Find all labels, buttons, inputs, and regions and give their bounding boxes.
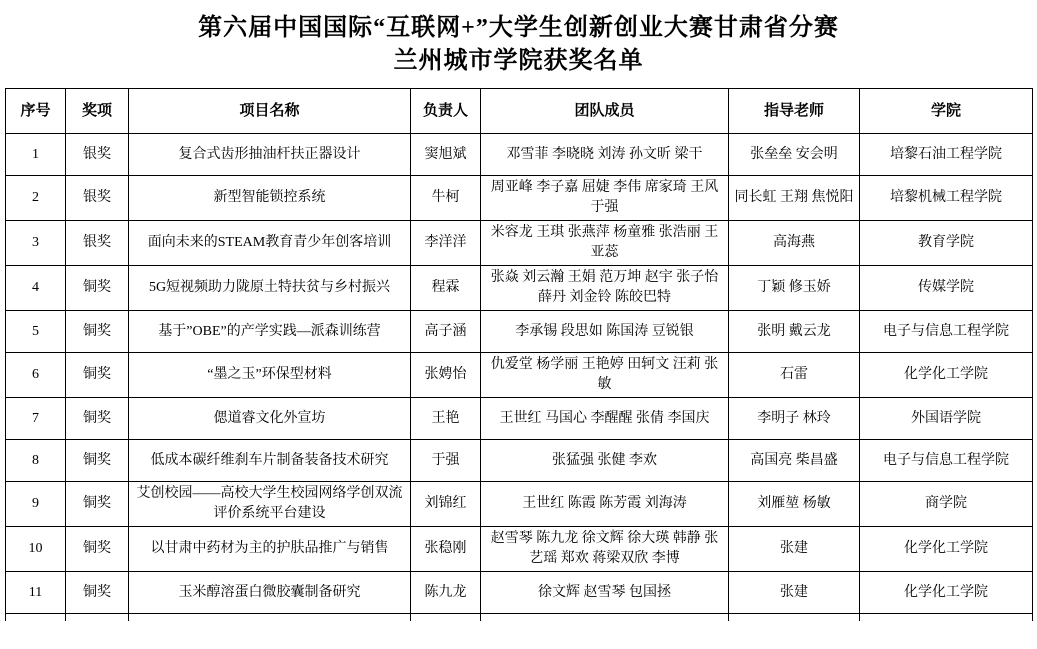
cell-team: 张焱 刘云瀚 王娟 范万坤 赵宇 张子怡 薛丹 刘金铃 陈皎巴特 bbox=[481, 266, 729, 311]
table-row: 5铜奖基于”OBE”的产学实践—派森训练营高子涵李承锡 段思如 陈国涛 豆锐银张… bbox=[6, 311, 1033, 353]
cell-no: 9 bbox=[6, 482, 66, 527]
table-row: 3银奖面向未来的STEAM教育青少年创客培训李洋洋米容龙 王琪 张燕萍 杨童雅 … bbox=[6, 221, 1033, 266]
table-row: 10铜奖以甘肃中药材为主的护肤品推广与销售张稳刚赵雪琴 陈九龙 徐文辉 徐大瑛 … bbox=[6, 527, 1033, 572]
cell-no: 3 bbox=[6, 221, 66, 266]
header-row: 序号 奖项 项目名称 负责人 团队成员 指导老师 学院 bbox=[6, 89, 1033, 134]
cell-award: 铜奖 bbox=[66, 572, 129, 614]
cell-award: 银奖 bbox=[66, 176, 129, 221]
cell-project: 玉米醇溶蛋白微胶囊制备研究 bbox=[129, 572, 411, 614]
header-leader: 负责人 bbox=[411, 89, 481, 134]
title-line-1: 第六届中国国际“互联网+”大学生创新创业大赛甘肃省分赛 bbox=[0, 12, 1037, 45]
cell-award: 铜奖 bbox=[66, 353, 129, 398]
table-row: 4铜奖5G短视频助力陇原土特扶贫与乡村振兴程霖张焱 刘云瀚 王娟 范万坤 赵宇 … bbox=[6, 266, 1033, 311]
cell-award: 铜奖 bbox=[66, 482, 129, 527]
cell-college: 电子与信息工程学院 bbox=[860, 311, 1033, 353]
cell-leader: 刘锦红 bbox=[411, 482, 481, 527]
cell-team: 赵雪琴 陈九龙 徐文辉 徐大瑛 韩静 张艺瑶 郑欢 蒋梁双欣 李博 bbox=[481, 527, 729, 572]
cell-team: 周亚峰 李子嘉 屈婕 李伟 席家琦 王风 于强 bbox=[481, 176, 729, 221]
cell-empty bbox=[860, 614, 1033, 621]
header-award: 奖项 bbox=[66, 89, 129, 134]
cell-empty bbox=[481, 614, 729, 621]
header-advisor: 指导老师 bbox=[729, 89, 860, 134]
cell-leader: 高子涵 bbox=[411, 311, 481, 353]
cell-advisors: 李明子 林玲 bbox=[729, 398, 860, 440]
cell-college: 外国语学院 bbox=[860, 398, 1033, 440]
cell-team: 徐文辉 赵雪琴 包国拯 bbox=[481, 572, 729, 614]
cell-leader: 张稳刚 bbox=[411, 527, 481, 572]
cell-advisors: 丁颖 修玉娇 bbox=[729, 266, 860, 311]
cell-project: “墨之玉”环保型材料 bbox=[129, 353, 411, 398]
cell-advisors: 张明 戴云龙 bbox=[729, 311, 860, 353]
header-college: 学院 bbox=[860, 89, 1033, 134]
cell-advisors: 高海燕 bbox=[729, 221, 860, 266]
cell-project: 复合式齿形抽油杆扶正器设计 bbox=[129, 134, 411, 176]
cell-team: 仇爱堂 杨学丽 王艳婷 田轲文 汪莉 张敏 bbox=[481, 353, 729, 398]
cell-college: 化学化工学院 bbox=[860, 527, 1033, 572]
cell-college: 传媒学院 bbox=[860, 266, 1033, 311]
table-row: 6铜奖“墨之玉”环保型材料张娉怡仇爱堂 杨学丽 王艳婷 田轲文 汪莉 张敏石雷化… bbox=[6, 353, 1033, 398]
cell-advisors: 张垒垒 安会明 bbox=[729, 134, 860, 176]
cell-leader: 窦旭斌 bbox=[411, 134, 481, 176]
cell-no: 6 bbox=[6, 353, 66, 398]
cell-team: 邓雪菲 李晓晓 刘涛 孙文昕 梁干 bbox=[481, 134, 729, 176]
award-table: 序号 奖项 项目名称 负责人 团队成员 指导老师 学院 1银奖复合式齿形抽油杆扶… bbox=[5, 88, 1033, 621]
cell-empty bbox=[129, 614, 411, 621]
cell-award: 铜奖 bbox=[66, 398, 129, 440]
cell-empty bbox=[729, 614, 860, 621]
cell-no: 8 bbox=[6, 440, 66, 482]
cell-leader: 程霖 bbox=[411, 266, 481, 311]
cell-project: 面向未来的STEAM教育青少年创客培训 bbox=[129, 221, 411, 266]
table-row: 1银奖复合式齿形抽油杆扶正器设计窦旭斌邓雪菲 李晓晓 刘涛 孙文昕 梁干张垒垒 … bbox=[6, 134, 1033, 176]
cell-team: 王世红 马国心 李醒醒 张倩 李国庆 bbox=[481, 398, 729, 440]
cell-award: 铜奖 bbox=[66, 266, 129, 311]
title-line-2: 兰州城市学院获奖名单 bbox=[0, 45, 1037, 78]
table-body: 1银奖复合式齿形抽油杆扶正器设计窦旭斌邓雪菲 李晓晓 刘涛 孙文昕 梁干张垒垒 … bbox=[6, 134, 1033, 621]
cell-team: 李承锡 段思如 陈国涛 豆锐银 bbox=[481, 311, 729, 353]
cell-empty bbox=[66, 614, 129, 621]
cell-advisors: 石雷 bbox=[729, 353, 860, 398]
cell-award: 银奖 bbox=[66, 221, 129, 266]
cell-project: 以甘肃中药材为主的护肤品推广与销售 bbox=[129, 527, 411, 572]
cell-leader: 于强 bbox=[411, 440, 481, 482]
cell-leader: 李洋洋 bbox=[411, 221, 481, 266]
cell-project: 低成本碳纤维刹车片制备装备技术研究 bbox=[129, 440, 411, 482]
cell-leader: 王艳 bbox=[411, 398, 481, 440]
cell-leader: 张娉怡 bbox=[411, 353, 481, 398]
cell-advisors: 刘雁堃 杨敏 bbox=[729, 482, 860, 527]
cell-leader: 牛柯 bbox=[411, 176, 481, 221]
table-row: 11铜奖玉米醇溶蛋白微胶囊制备研究陈九龙徐文辉 赵雪琴 包国拯张建化学化工学院 bbox=[6, 572, 1033, 614]
cell-advisors: 张建 bbox=[729, 572, 860, 614]
cell-no: 10 bbox=[6, 527, 66, 572]
cell-college: 电子与信息工程学院 bbox=[860, 440, 1033, 482]
cell-empty bbox=[411, 614, 481, 621]
cell-college: 商学院 bbox=[860, 482, 1033, 527]
cell-college: 培黎石油工程学院 bbox=[860, 134, 1033, 176]
cell-project: 基于”OBE”的产学实践—派森训练营 bbox=[129, 311, 411, 353]
cell-leader: 陈九龙 bbox=[411, 572, 481, 614]
header-team: 团队成员 bbox=[481, 89, 729, 134]
document-title: 第六届中国国际“互联网+”大学生创新创业大赛甘肃省分赛 兰州城市学院获奖名单 bbox=[0, 0, 1037, 88]
partial-row bbox=[6, 614, 1033, 621]
header-project: 项目名称 bbox=[129, 89, 411, 134]
table-row: 8铜奖低成本碳纤维刹车片制备装备技术研究于强张猛强 张健 李欢高国亮 柴昌盛电子… bbox=[6, 440, 1033, 482]
cell-college: 化学化工学院 bbox=[860, 572, 1033, 614]
cell-award: 铜奖 bbox=[66, 311, 129, 353]
cell-no: 5 bbox=[6, 311, 66, 353]
cell-no: 4 bbox=[6, 266, 66, 311]
page: 第六届中国国际“互联网+”大学生创新创业大赛甘肃省分赛 兰州城市学院获奖名单 序… bbox=[0, 0, 1037, 649]
table-row: 7铜奖偲道睿文化外宣坊王艳王世红 马国心 李醒醒 张倩 李国庆李明子 林玲外国语… bbox=[6, 398, 1033, 440]
cell-no: 1 bbox=[6, 134, 66, 176]
cell-advisors: 同长虹 王翔 焦悦阳 bbox=[729, 176, 860, 221]
cell-empty bbox=[6, 614, 66, 621]
cell-team: 米容龙 王琪 张燕萍 杨童雅 张浩丽 王亚蕊 bbox=[481, 221, 729, 266]
cell-project: 新型智能锁控系统 bbox=[129, 176, 411, 221]
cell-advisors: 高国亮 柴昌盛 bbox=[729, 440, 860, 482]
cell-team: 王世红 陈霞 陈芳霞 刘海涛 bbox=[481, 482, 729, 527]
cell-project: 5G短视频助力陇原土特扶贫与乡村振兴 bbox=[129, 266, 411, 311]
cell-advisors: 张建 bbox=[729, 527, 860, 572]
cell-no: 11 bbox=[6, 572, 66, 614]
cell-award: 铜奖 bbox=[66, 527, 129, 572]
cell-college: 教育学院 bbox=[860, 221, 1033, 266]
cell-college: 培黎机械工程学院 bbox=[860, 176, 1033, 221]
table-header: 序号 奖项 项目名称 负责人 团队成员 指导老师 学院 bbox=[6, 89, 1033, 134]
cell-award: 铜奖 bbox=[66, 440, 129, 482]
cell-no: 7 bbox=[6, 398, 66, 440]
cell-award: 银奖 bbox=[66, 134, 129, 176]
header-no: 序号 bbox=[6, 89, 66, 134]
cell-project: 偲道睿文化外宣坊 bbox=[129, 398, 411, 440]
table-row: 9铜奖艾创校园——高校大学生校园网络学创双流评价系统平台建设刘锦红王世红 陈霞 … bbox=[6, 482, 1033, 527]
table-row: 2银奖新型智能锁控系统牛柯周亚峰 李子嘉 屈婕 李伟 席家琦 王风 于强同长虹 … bbox=[6, 176, 1033, 221]
cell-project: 艾创校园——高校大学生校园网络学创双流评价系统平台建设 bbox=[129, 482, 411, 527]
cell-no: 2 bbox=[6, 176, 66, 221]
cell-team: 张猛强 张健 李欢 bbox=[481, 440, 729, 482]
cell-college: 化学化工学院 bbox=[860, 353, 1033, 398]
